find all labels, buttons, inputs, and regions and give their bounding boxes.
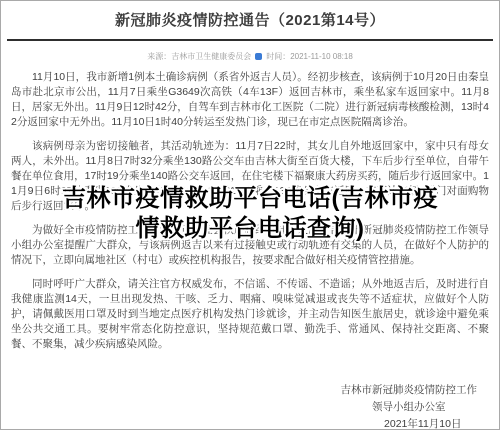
meta-source: 来源：吉林市卫生健康委员会: [147, 51, 251, 62]
notice-page: 新冠肺炎疫情防控通告（2021第14号） 来源：吉林市卫生健康委员会 时间：20…: [0, 0, 500, 430]
title-divider: [7, 39, 493, 41]
notice-paragraph: 该病例母亲为密切接触者，其活动轨迹为：11月7日22时，其女儿自外地返回家中，家…: [11, 139, 489, 214]
meta-time: 时间：2021-11-10 08:18: [266, 51, 353, 62]
signature-date: 2021年11月10日: [341, 416, 478, 430]
meta-line: 来源：吉林市卫生健康委员会 时间：2021-11-10 08:18: [1, 51, 499, 62]
notice-body: 11月10日，我市新增1例本土确诊病例（系省外返吉人员）。经初步核查，该病例于1…: [1, 70, 499, 352]
signature-block: 吉林市新冠肺炎疫情防控工作 领导小组办公室 2021年11月10日: [341, 382, 478, 430]
notice-paragraph: 同时呼吁广大群众，请关注官方权威发布，不信谣、不传谣、不造谣；从外地返吉后，及时…: [11, 277, 489, 352]
notice-paragraph: 为做好全市疫情防控工作，维护正常社会秩序和经济社会发展，吉林市新冠肺炎疫情防控工…: [11, 223, 489, 268]
notice-paragraph: 11月10日，我市新增1例本土确诊病例（系省外返吉人员）。经初步核查，该病例于1…: [11, 70, 489, 130]
page-title: 新冠肺炎疫情防控通告（2021第14号）: [1, 9, 499, 30]
signature-org-line2: 领导小组办公室: [341, 399, 478, 416]
signature-org-line1: 吉林市新冠肺炎疫情防控工作: [341, 382, 478, 399]
source-badge-icon: [255, 53, 262, 60]
